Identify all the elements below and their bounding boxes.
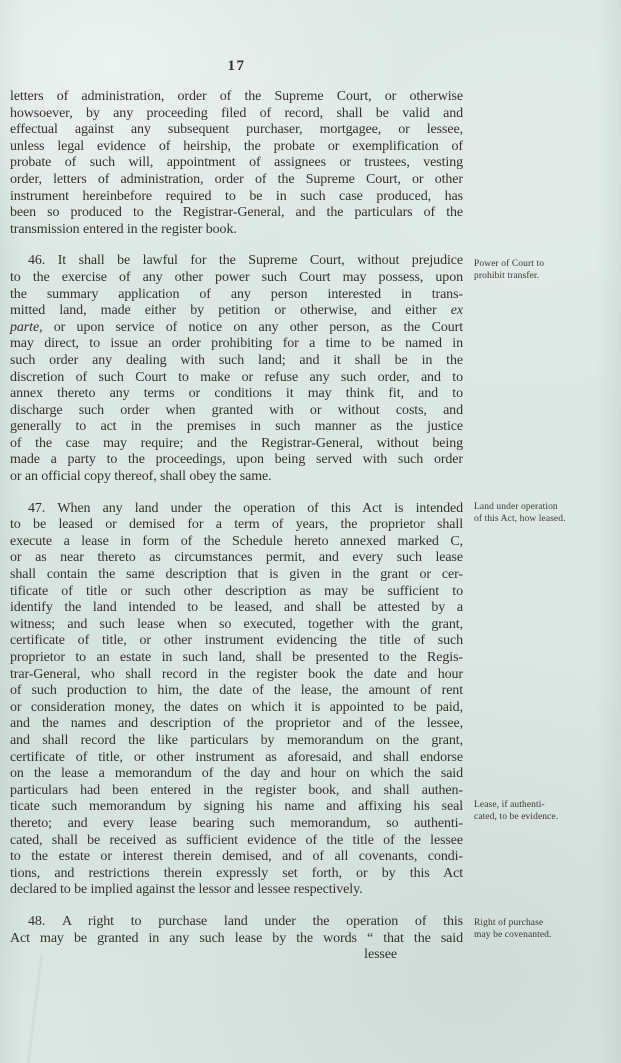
page-number: 17: [10, 58, 463, 75]
margin-note-power-of-court: Power of Court toprohibit transfer.: [474, 258, 594, 282]
section-48-line-1: 48. A right to purchase land under the o…: [10, 914, 463, 931]
note-power-of-court-line: prohibit transfer.: [474, 270, 594, 282]
section-47-line-23: tions, and restrictions therein expressl…: [10, 866, 463, 883]
section-47-line-18: particulars had been entered in the regi…: [10, 783, 463, 800]
section-47-line-10: proprietor to an estate in such land, sh…: [10, 650, 463, 667]
section-46-line-11: generally to act in the premises in such…: [10, 419, 463, 436]
section-47-line-3: execute a lease in form of the Schedule …: [10, 534, 463, 551]
note-lease-evidence-line: Lease, if authenti-: [474, 799, 594, 811]
section-47: 47. When any land under the operation of…: [10, 501, 463, 899]
section-48-line-2: Act may be granted in any such lease by …: [10, 931, 463, 948]
section-46-line-9: annex thereto any terms or conditions it…: [10, 386, 463, 403]
section-46-line-3: the summary application of any person in…: [10, 287, 463, 304]
section-47-line-24: declared to be implied against the lesso…: [10, 882, 463, 899]
note-lease-evidence-line: cated, to be evidence.: [474, 811, 594, 823]
paragraph-continuation-line-9: transmission entered in the register boo…: [10, 222, 463, 239]
section-47-line-14: and the names and description of the pro…: [10, 716, 463, 733]
section-47-line-1: 47. When any land under the operation of…: [10, 501, 463, 518]
section-46-line-5: parte, or upon service of notice on any …: [10, 320, 463, 337]
margin-note-lease-evidence: Lease, if authenti-cated, to be evidence…: [474, 799, 594, 823]
margin-note-land-leased: Land under operationof this Act, how lea…: [474, 501, 594, 525]
section-46-line-1: 46. It shall be lawful for the Supreme C…: [10, 253, 463, 270]
section-47-line-15: and shall record the like particulars by…: [10, 733, 463, 750]
section-47-line-7: identify the land intended to be leased,…: [10, 600, 463, 617]
paragraph-continuation-line-8: been so produced to the Registrar-Genera…: [10, 205, 463, 222]
section-47-line-17: on the lease a memorandum of the day and…: [10, 766, 463, 783]
section-47-line-11: trar-General, who shall record in the re…: [10, 667, 463, 684]
section-46-line-2: to the exercise of any other power such …: [10, 270, 463, 287]
section-46-line-6: may direct, to issue an order prohibitin…: [10, 336, 463, 353]
note-right-purchase-line: may be covenanted.: [474, 929, 594, 941]
paragraph-continuation-line-2: howsoever, by any proceeding filed of re…: [10, 106, 463, 123]
section-48: 48. A right to purchase land under the o…: [10, 914, 463, 964]
section-47-line-9: certificate of title, or other instrumen…: [10, 633, 463, 650]
section-46-line-4: mitted land, made either by petition or …: [10, 303, 463, 320]
section-47-line-20: thereto; and every lease bearing such me…: [10, 816, 463, 833]
note-right-purchase-line: Right of purchase: [474, 917, 594, 929]
paragraph-continuation-line-7: instrument hereinbefore required to be i…: [10, 189, 463, 206]
section-47-line-21: cated, shall be received as sufficient e…: [10, 833, 463, 850]
paragraph-continuation-line-3: effectual against any subsequent purchas…: [10, 122, 463, 139]
section-47-line-19: ticate such memorandum by signing his na…: [10, 799, 463, 816]
section-46-line-7: such order any dealing with such land; a…: [10, 353, 463, 370]
section-46-line-14: or an official copy thereof, shall obey …: [10, 469, 463, 486]
section-46-line-13: made a party to the proceedings, upon be…: [10, 452, 463, 469]
section-47-line-8: witness; and such lease when so executed…: [10, 617, 463, 634]
section-46-line-10: discharge such order when granted with o…: [10, 403, 463, 420]
section-47-line-4: or as near thereto as circumstances perm…: [10, 550, 463, 567]
paragraph-continuation-line-6: order, letters of administration, order …: [10, 172, 463, 189]
note-power-of-court-line: Power of Court to: [474, 258, 594, 270]
section-47-line-2: to be leased or demised for a term of ye…: [10, 517, 463, 534]
section-47-line-12: of such production to him, the date of t…: [10, 683, 463, 700]
paragraph-continuation: letters of administration, order of the …: [10, 89, 463, 238]
section-47-line-5: shall contain the same description that …: [10, 567, 463, 584]
margin-note-right-purchase: Right of purchasemay be covenanted.: [474, 917, 594, 941]
section-46: 46. It shall be lawful for the Supreme C…: [10, 253, 463, 485]
document-page: 17 letters of administration, order of t…: [0, 0, 621, 1063]
section-47-line-22: to the estate or interest therein demise…: [10, 849, 463, 866]
note-land-leased-line: of this Act, how leased.: [474, 513, 594, 525]
paragraph-continuation-line-5: probate of such will, appointment of ass…: [10, 155, 463, 172]
text-block: letters of administration, order of the …: [10, 89, 463, 964]
paragraph-continuation-line-1: letters of administration, order of the …: [10, 89, 463, 106]
section-47-line-16: certificate of title, or other instrumen…: [10, 750, 463, 767]
section-46-line-12: of the case may require; and the Registr…: [10, 436, 463, 453]
note-land-leased-line: Land under operation: [474, 501, 594, 513]
section-47-line-6: tificate of title or such other descript…: [10, 584, 463, 601]
section-46-line-8: discretion of such Court to make or refu…: [10, 370, 463, 387]
paper-crease: [27, 955, 42, 1063]
paragraph-continuation-line-4: unless legal evidence of heirship, the p…: [10, 139, 463, 156]
section-48-line-3: lessee: [10, 947, 463, 964]
section-47-line-13: or consideration money, the dates on whi…: [10, 700, 463, 717]
